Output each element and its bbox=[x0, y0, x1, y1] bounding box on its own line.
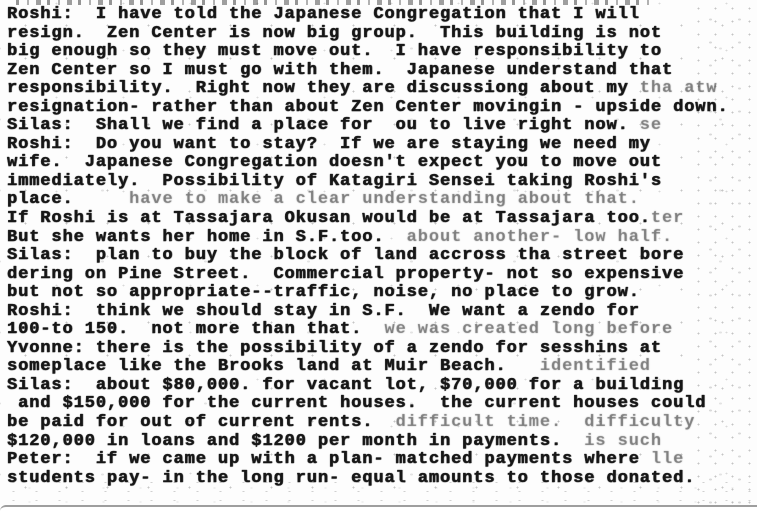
text-segment: Roshi: think we should stay in S.F. We w… bbox=[7, 302, 640, 321]
scanned-page: Roshi: I have told the Japanese Congrega… bbox=[0, 0, 757, 505]
text-segment: Peter: if we came up with a plan- matche… bbox=[7, 450, 640, 469]
ghost-text-segment: tha atw bbox=[629, 79, 718, 98]
text-segment: Yvonne: there is the possibility of a ze… bbox=[7, 339, 662, 358]
text-segment: resignation- rather than about Zen Cente… bbox=[7, 98, 729, 117]
text-segment: But she wants her home in S.F.too. bbox=[7, 228, 384, 247]
text-line: Roshi: I have told the Japanese Congrega… bbox=[7, 6, 752, 25]
text-segment: place. bbox=[7, 190, 74, 209]
text-segment: big enough so they must move out. I have… bbox=[7, 42, 662, 61]
pane-bottom-edge bbox=[0, 505, 757, 518]
ghost-text-segment: we was created long before bbox=[362, 320, 673, 339]
ghost-text-segment: about another- low half. bbox=[384, 228, 673, 247]
text-segment: Roshi: Do you want to stay? If we are st… bbox=[7, 135, 651, 154]
text-segment: someplace like the Brooks land at Muir B… bbox=[7, 357, 507, 376]
text-line: be paid for out of current rents. diffic… bbox=[7, 414, 752, 433]
text-line: Peter: if we came up with a plan- matche… bbox=[7, 451, 752, 470]
ghost-text-segment: identified bbox=[507, 357, 651, 376]
text-segment: $120,000 in loans and $1200 per month in… bbox=[7, 432, 562, 451]
ghost-text-segment: is such bbox=[562, 432, 662, 451]
text-line: immediately. Possibility of Katagiri Sen… bbox=[7, 173, 752, 192]
text-line: big enough so they must move out. I have… bbox=[7, 43, 752, 62]
text-segment: but not so appropriate--traffic, noise, … bbox=[7, 283, 640, 302]
text-segment: dering on Pine Street. Commercial proper… bbox=[7, 265, 684, 284]
text-line: but not so appropriate--traffic, noise, … bbox=[7, 284, 752, 303]
ghost-text-segment: ter bbox=[651, 209, 684, 228]
document-text: Roshi: I have told the Japanese Congrega… bbox=[7, 6, 752, 488]
text-line: resign. Zen Center is now big group. Thi… bbox=[7, 25, 752, 44]
text-segment: immediately. Possibility of Katagiri Sen… bbox=[7, 172, 662, 191]
text-segment: 100-to 150. not more than that. bbox=[7, 320, 362, 339]
text-segment: Silas: plan to buy the block of land acc… bbox=[7, 246, 684, 265]
text-line: someplace like the Brooks land at Muir B… bbox=[7, 358, 752, 377]
ghost-text-segment: have to make a clear understanding about… bbox=[74, 190, 640, 209]
text-line: Silas: Shall we find a place for ou to l… bbox=[7, 117, 752, 136]
text-line: resignation- rather than about Zen Cente… bbox=[7, 99, 752, 118]
text-line: 100-to 150. not more than that. we was c… bbox=[7, 321, 752, 340]
text-line: dering on Pine Street. Commercial proper… bbox=[7, 266, 752, 285]
text-line: But she wants her home in S.F.too. about… bbox=[7, 229, 752, 248]
text-line: students pay- in the long run- equal amo… bbox=[7, 470, 752, 489]
text-segment: Silas: Shall we find a place for ou to l… bbox=[7, 116, 629, 135]
text-line: Silas: about $80,000. for vacant lot, $7… bbox=[7, 377, 752, 396]
text-line: Yvonne: there is the possibility of a ze… bbox=[7, 340, 752, 359]
text-segment: If Roshi is at Tassajara Okusan would be… bbox=[7, 209, 651, 228]
text-line: and $150,000 for the current houses. the… bbox=[7, 395, 752, 414]
text-segment: Silas: about $80,000. for vacant lot, $7… bbox=[7, 376, 684, 395]
text-segment: responsibility. Right now they are discu… bbox=[7, 79, 629, 98]
text-line: place. have to make a clear understandin… bbox=[7, 191, 752, 210]
text-segment: wife. Japanese Congregation doesn't expe… bbox=[7, 153, 662, 172]
text-segment: resign. Zen Center is now big group. Thi… bbox=[7, 24, 662, 43]
text-segment: students pay- in the long run- equal amo… bbox=[7, 469, 695, 488]
text-segment: Roshi: I have told the Japanese Congrega… bbox=[7, 5, 640, 24]
text-line: Roshi: think we should stay in S.F. We w… bbox=[7, 303, 752, 322]
text-segment: Zen Center so I must go with them. Japan… bbox=[7, 61, 673, 80]
text-line: $120,000 in loans and $1200 per month in… bbox=[7, 433, 752, 452]
text-segment: and $150,000 for the current houses. the… bbox=[7, 394, 706, 413]
text-line: If Roshi is at Tassajara Okusan would be… bbox=[7, 210, 752, 229]
text-line: wife. Japanese Congregation doesn't expe… bbox=[7, 154, 752, 173]
ghost-text-segment: lle bbox=[640, 450, 684, 469]
text-line: Zen Center so I must go with them. Japan… bbox=[7, 62, 752, 81]
document-viewer: Roshi: I have told the Japanese Congrega… bbox=[0, 0, 757, 518]
text-line: Roshi: Do you want to stay? If we are st… bbox=[7, 136, 752, 155]
ghost-text-segment: se bbox=[629, 116, 662, 135]
text-line: Silas: plan to buy the block of land acc… bbox=[7, 247, 752, 266]
ghost-text-segment: difficult time. difficulty bbox=[373, 413, 695, 432]
text-line: responsibility. Right now they are discu… bbox=[7, 80, 752, 99]
text-segment: be paid for out of current rents. bbox=[7, 413, 373, 432]
